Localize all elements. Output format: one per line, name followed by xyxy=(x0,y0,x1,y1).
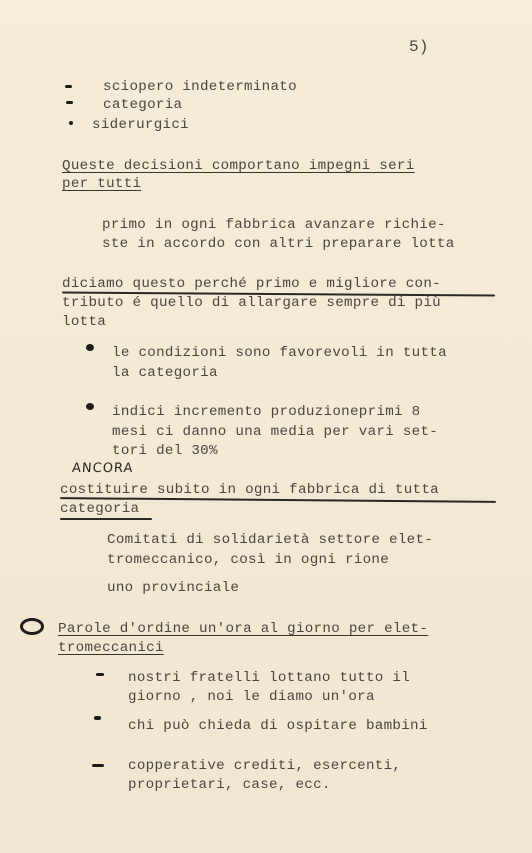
section-heading: tromeccanici xyxy=(58,639,164,658)
list-item-line: proprietari, case, ecc. xyxy=(128,776,331,795)
typewritten-page: 5) sciopero indeterminato categoria side… xyxy=(0,0,532,853)
paragraph-line: ste in accordo con altri preparare lotta xyxy=(102,235,455,254)
dash-marker-icon xyxy=(66,101,73,104)
page-number: 5) xyxy=(409,38,429,56)
paragraph-line: Comitati di solidarietà settore elet- xyxy=(107,531,433,550)
bullet-dot-icon xyxy=(86,344,94,351)
list-item-line: copperative crediti, esercenti, xyxy=(128,757,401,776)
dash-marker-icon xyxy=(92,764,104,767)
section-heading: categoria xyxy=(60,500,139,519)
intro-item: siderurgici xyxy=(92,116,189,135)
bullet-line: le condizioni sono favorevoli in tutta xyxy=(112,344,447,363)
bullet-dot-icon xyxy=(86,403,94,410)
bullet-line: la categoria xyxy=(112,364,218,383)
intro-item: categoria xyxy=(103,96,182,115)
section-heading: Queste decisioni comportano impegni seri xyxy=(62,157,415,176)
dot-marker-icon xyxy=(69,121,73,125)
paragraph-line: tromeccanico, così in ogni rione xyxy=(107,551,389,570)
dash-marker-icon xyxy=(96,673,104,676)
handwritten-note: ANCORA xyxy=(71,461,133,476)
list-item-line: chi può chieda di ospitare bambini xyxy=(128,717,428,736)
list-item-line: giorno , noi le diamo un'ora xyxy=(128,688,375,707)
pen-underline xyxy=(60,518,152,520)
section-heading: per tutti xyxy=(62,175,141,194)
bullet-line: tori del 30% xyxy=(112,442,218,461)
paragraph-line: lotta xyxy=(62,313,106,332)
intro-item: sciopero indeterminato xyxy=(103,78,297,97)
list-item-line: nostri fratelli lottano tutto il xyxy=(128,669,410,688)
hand-drawn-oval-icon xyxy=(20,618,44,635)
paragraph-line: tributo é quello di allargare sempre di … xyxy=(62,294,441,313)
dash-marker-icon xyxy=(65,85,72,88)
section-heading: Parole d'ordine un'ora al giorno per ele… xyxy=(58,620,428,639)
bullet-line: mesi ci danno una media per vari set- xyxy=(112,423,438,442)
dash-marker-icon xyxy=(94,716,101,720)
bullet-line: indici incremento produzioneprimi 8 xyxy=(112,403,421,422)
paragraph-line: primo in ogni fabbrica avanzare richie- xyxy=(102,216,446,235)
paragraph-line: uno provinciale xyxy=(107,579,239,598)
